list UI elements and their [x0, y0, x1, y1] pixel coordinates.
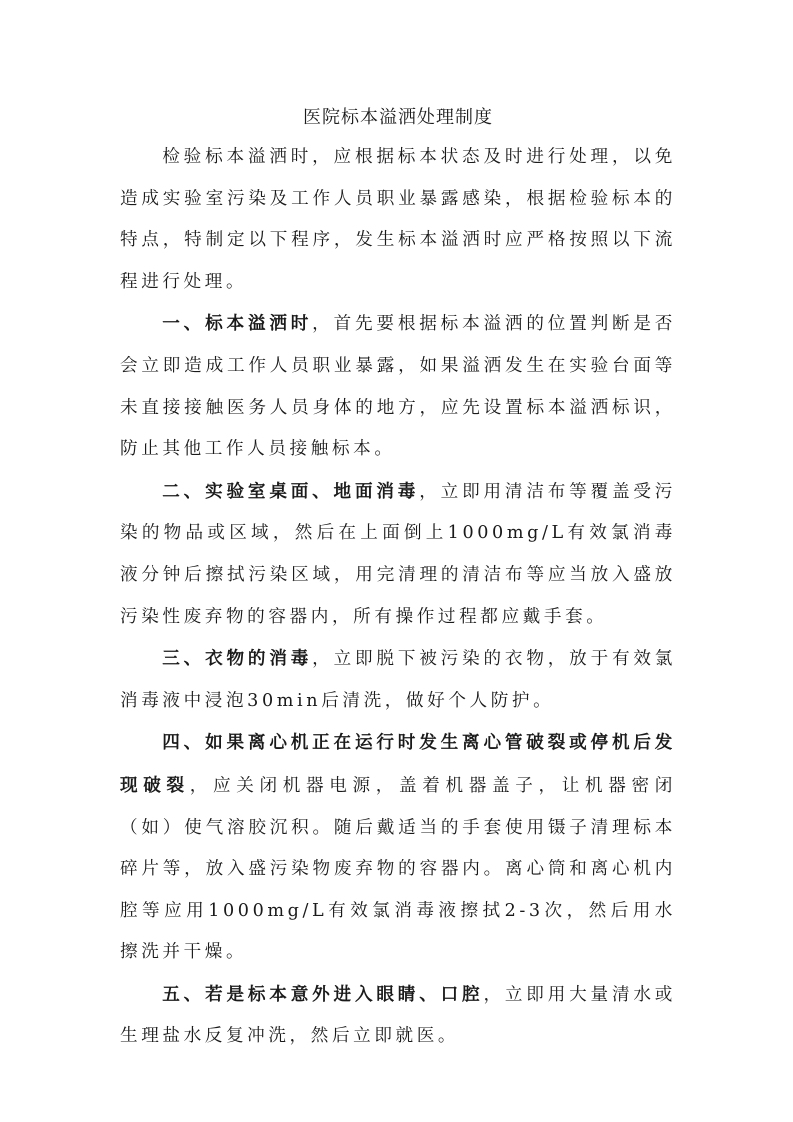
- paragraph-section-2: 二、实验室桌面、地面消毒，立即用清洁布等覆盖受污染的物品或区域，然后在上面倒上1…: [120, 471, 676, 638]
- document-page: 医院标本溢洒处理制度 检验标本溢洒时，应根据标本状态及时进行处理，以免造成实验室…: [120, 100, 676, 1058]
- paragraph-intro: 检验标本溢洒时，应根据标本状态及时进行处理，以免造成实验室污染及工作人员职业暴露…: [120, 136, 676, 303]
- paragraph-section-4: 四、如果离心机正在运行时发生离心管破裂或停机后发现破裂，应关闭机器电源，盖着机器…: [120, 722, 676, 974]
- paragraph-section-3: 三、衣物的消毒，立即脱下被污染的衣物，放于有效氯消毒液中浸泡30min后清洗，做…: [120, 638, 676, 722]
- paragraph-text: ，立即用清洁布等覆盖受污染的物品或区域，然后在上面倒上1000mg/L有效氯消毒…: [120, 482, 676, 627]
- paragraph-heading: 五、若是标本意外进入眼睛、口腔: [162, 984, 483, 1005]
- paragraph-text: ，应关闭机器电源，盖着机器盖子，让机器密闭（如）使气溶胶沉积。随后戴适当的手套使…: [120, 776, 676, 962]
- paragraph-text: 检验标本溢洒时，应根据标本状态及时进行处理，以免造成实验室污染及工作人员职业暴露…: [120, 147, 676, 292]
- paragraph-section-1: 一、标本溢洒时，首先要根据标本溢洒的位置判断是否会立即造成工作人员职业暴露，如果…: [120, 303, 676, 470]
- paragraph-heading: 一、标本溢洒时: [162, 313, 312, 334]
- document-title: 医院标本溢洒处理制度: [120, 100, 676, 136]
- paragraph-heading: 三、衣物的消毒: [162, 648, 312, 669]
- paragraph-section-5: 五、若是标本意外进入眼睛、口腔，立即用大量清水或生理盐水反复冲洗，然后立即就医。: [120, 974, 676, 1058]
- paragraph-heading: 二、实验室桌面、地面消毒: [162, 481, 419, 502]
- paragraph-text: ，首先要根据标本溢洒的位置判断是否会立即造成工作人员职业暴露，如果溢洒发生在实验…: [120, 314, 676, 459]
